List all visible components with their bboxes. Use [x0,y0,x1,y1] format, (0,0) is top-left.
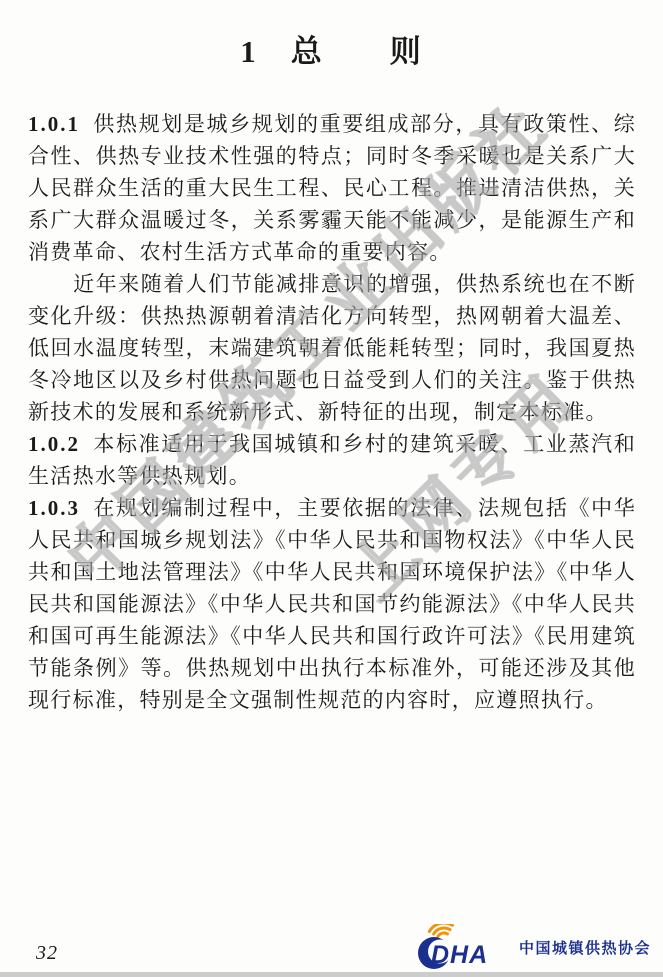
logo-signal-arcs-icon [429,924,452,937]
dha-logo: DHA 中国城镇供热协会 [414,924,651,970]
clause-label: 1.0.2 [28,432,80,456]
document-page: 1 总 则 1.0.1供热规划是城乡规划的重要组成部分，具有政策性、综合性、供热… [0,0,663,977]
logo-abbr: DHA [431,941,488,969]
clause-label: 1.0.3 [28,496,80,520]
clause-text: 本标准适用于我国城镇和乡村的建筑采暖、工业蒸汽和生活热水等供热规划。 [28,432,636,488]
clause-text: 在规划编制过程中，主要依据的法律、法规包括《中华人民共和国城乡规划法》《中华人民… [28,496,636,712]
clause-label: 1.0.1 [28,112,80,136]
clause-1-0-1: 1.0.1供热规划是城乡规划的重要组成部分，具有政策性、综合性、供热专业技术性强… [28,108,636,268]
clause-1-0-1-note: 近年来随着人们节能减排意识的增强，供热系统也在不断变化升级：供热热源朝着清洁化方… [28,268,636,428]
clause-text: 供热规划是城乡规划的重要组成部分，具有政策性、综合性、供热专业技术性强的特点；同… [28,112,636,264]
clause-text: 近年来随着人们节能减排意识的增强，供热系统也在不断变化升级：供热热源朝着清洁化方… [28,272,636,424]
page-number: 32 [36,942,58,965]
chapter-heading: 1 总 则 [0,26,663,71]
scan-edge-strip [0,972,663,977]
dha-logo-mark: DHA [414,924,514,970]
clause-1-0-3: 1.0.3在规划编制过程中，主要依据的法律、法规包括《中华人民共和国城乡规划法》… [28,492,636,716]
body-text-block: 1.0.1供热规划是城乡规划的重要组成部分，具有政策性、综合性、供热专业技术性强… [28,108,636,716]
logo-caption: 中国城镇供热协会 [519,937,651,958]
clause-1-0-2: 1.0.2本标准适用于我国城镇和乡村的建筑采暖、工业蒸汽和生活热水等供热规划。 [28,428,636,492]
